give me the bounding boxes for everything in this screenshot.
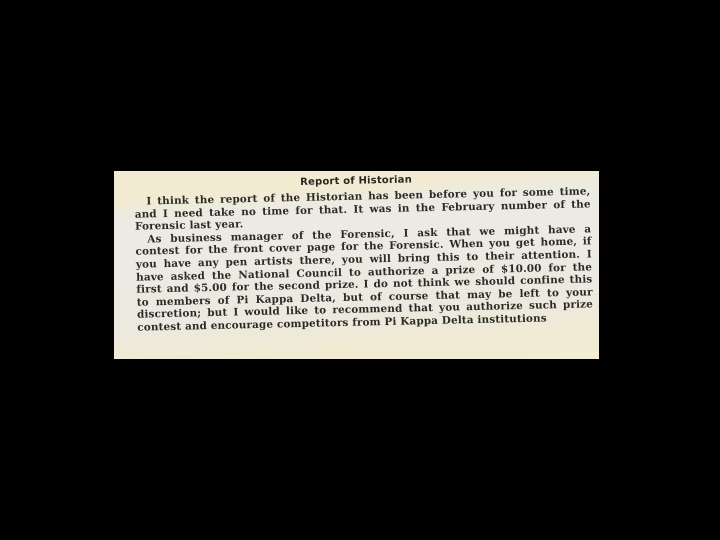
paragraph-2: As business manager of the Forensic, I a… — [123, 223, 593, 334]
document-clipping: Report of Historian I think the report o… — [114, 171, 599, 359]
document-body: Report of Historian I think the report o… — [122, 171, 593, 334]
